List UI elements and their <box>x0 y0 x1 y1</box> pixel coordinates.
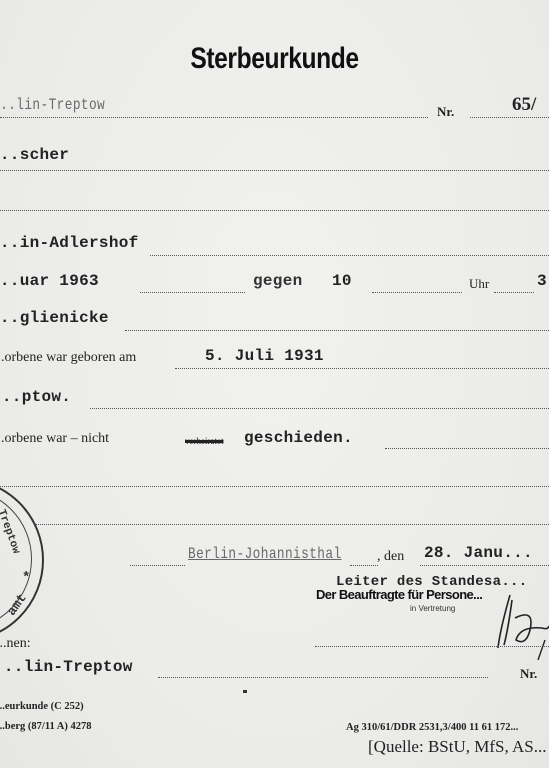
dotted-line <box>35 524 549 525</box>
time-label: Uhr <box>469 276 489 292</box>
official-title-2: Der Beauftragte für Persone... <box>316 587 482 602</box>
sub-label: ...nen: <box>0 636 31 652</box>
official-title-3: in Vertretung <box>410 604 455 613</box>
sub-value: ...lin-Treptow <box>0 658 133 676</box>
marital-label: ...orbene war – nicht <box>0 431 109 447</box>
deceased-name: ...scher <box>0 146 69 164</box>
dotted-line <box>0 486 549 487</box>
dotted-line <box>372 292 462 293</box>
dotted-line <box>140 292 245 293</box>
issue-place: Berlin-Johannisthal <box>188 545 342 563</box>
document-title: Sterbeurkunde <box>49 42 499 76</box>
born-place: ...ptow. <box>0 388 71 406</box>
issue-den: , den <box>377 549 404 565</box>
death-place: ...glienicke <box>0 309 109 327</box>
dotted-line <box>494 292 534 293</box>
dotted-line <box>420 565 549 566</box>
nr-value: 65/ <box>512 94 536 116</box>
signature <box>490 590 549 660</box>
dotted-line <box>175 368 549 369</box>
sub-nr-label: Nr. <box>520 666 537 682</box>
dotted-line <box>150 255 549 256</box>
dotted-line <box>130 565 185 566</box>
footer-print: ...berg (87/11 A) 4278 <box>0 721 92 732</box>
dotted-line <box>470 117 549 118</box>
issue-date: 28. Janu... <box>424 544 533 562</box>
dotted-line <box>90 408 549 409</box>
dotted-line <box>0 170 549 171</box>
time-hour: 10 <box>332 272 352 290</box>
death-certificate-page: Sterbeurkunde ...lin-Treptow Nr. 65/ ...… <box>0 0 549 768</box>
born-date: 5. Juli 1931 <box>205 347 324 365</box>
dotted-line <box>315 646 549 647</box>
registry-office: ...lin-Treptow <box>0 96 105 114</box>
time-prefix: gegen <box>253 272 303 290</box>
marital-struck: verheiratet <box>185 436 223 446</box>
dotted-line <box>350 565 378 566</box>
time-minutes: 3 <box>537 272 547 290</box>
nr-label: Nr. <box>437 104 454 120</box>
dotted-line <box>385 448 549 449</box>
born-label: ...orbene war geboren am <box>0 350 136 366</box>
footer-form: ...eurkunde (C 252) <box>0 701 84 712</box>
source-note: [Quelle: BStU, MfS, AS... <box>368 737 547 757</box>
dotted-line <box>158 677 488 678</box>
death-date: ...uar 1963 <box>0 272 99 290</box>
dotted-line <box>125 330 549 331</box>
dotted-line <box>0 210 549 211</box>
footer-code: Ag 310/61/DDR 2531,3/400 11 61 172... <box>346 722 518 733</box>
stamp-star: * <box>22 570 30 586</box>
marital-value: geschieden. <box>244 429 353 447</box>
ink-mark <box>243 690 247 693</box>
residence: ...in-Adlershof <box>0 234 139 252</box>
dotted-line <box>0 117 428 118</box>
